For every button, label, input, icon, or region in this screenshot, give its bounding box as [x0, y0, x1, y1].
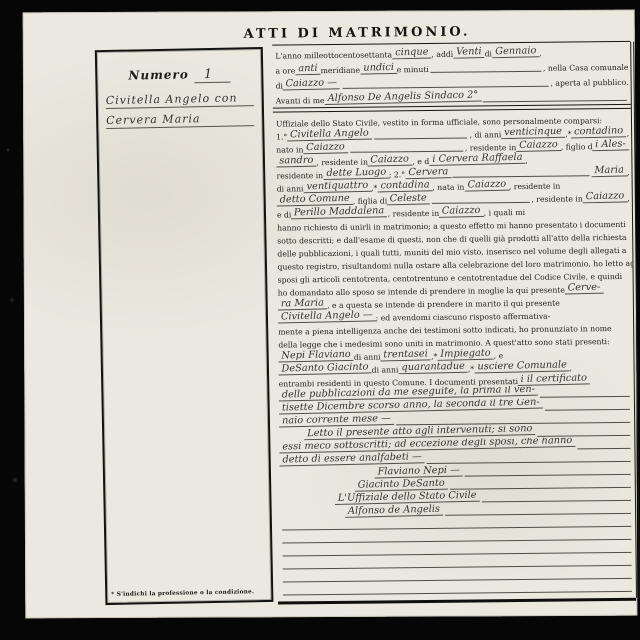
handwritten-entry: Caiazzo [464, 180, 509, 192]
handwritten-entry: Perillo Maddalena [291, 206, 388, 219]
handwritten-entry: Giacinto DeSanto [355, 479, 448, 492]
blank-rule [483, 99, 627, 103]
act-header-block: L'anno milleottocentosettanta cinque, ad… [272, 42, 631, 106]
printed-text: , figlia di [353, 196, 387, 205]
handwritten-entry: cinque [392, 47, 432, 59]
printed-text: L'anno milleottocentosettanta [275, 50, 392, 60]
handwritten-entry: i il certificato [518, 373, 591, 386]
printed-text: , [525, 156, 528, 165]
printed-text: ; ed avendomi ciascuno risposto affermat… [376, 312, 551, 323]
handwritten-entry: Caiazzo [303, 142, 348, 154]
scan-background: ATTI DI MATRIMONIO. Numero 1 Civitella A… [0, 0, 640, 640]
printed-text: , residente in [316, 158, 368, 168]
printed-text: , e [494, 351, 504, 360]
handwritten-entry: quarantadue [398, 362, 468, 375]
printed-text: a ore [275, 66, 295, 75]
blank-rule [283, 590, 632, 596]
act-number-value: 1 [194, 67, 231, 84]
marriage-act-form: ATTI DI MATRIMONIO. Numero 1 Civitella A… [21, 8, 639, 620]
handwritten-entry: ventiquattro [303, 181, 371, 194]
handwritten-entry: contadina [377, 180, 432, 192]
header-separator-rule [273, 104, 631, 113]
handwritten-entry: undici [360, 63, 397, 75]
printed-text: , addì [431, 50, 453, 59]
handwritten-entry: Maria [591, 165, 627, 177]
printed-text: , [627, 194, 630, 203]
handwritten-entry: DeSanto Giacinto [278, 362, 371, 375]
handwritten-entry: dette Luogo [323, 168, 389, 180]
spouses-names-line1: Civitella Angelo con [106, 91, 254, 109]
act-line [278, 580, 636, 597]
handwritten-entry: Caiazzo — [283, 78, 341, 90]
printed-text: , [627, 129, 630, 138]
handwritten-entry: Alfonso de Angelis [345, 505, 443, 518]
handwritten-entry: usciere Comunale [474, 360, 570, 373]
printed-text: , residente in [388, 209, 440, 219]
spouses-names-line2: Cervera Maria [106, 111, 254, 129]
printed-text: , figlio d [561, 142, 593, 151]
handwritten-entry: i Cervera Raffaela [429, 153, 525, 166]
page-title: ATTI DI MATRIMONIO. [81, 23, 633, 44]
handwritten-entry: naio corrente mese — [279, 414, 394, 428]
handwritten-entry: Impiegato [437, 349, 494, 361]
printed-text: 1.° [276, 132, 287, 141]
document-page: ATTI DI MATRIMONIO. Numero 1 Civitella A… [23, 10, 638, 619]
printed-text: , aperta al pubblico. [550, 78, 628, 88]
handwritten-entry: Alfonso De Angelis Sindaco 2° [324, 90, 481, 105]
handwritten-entry: Gennaio [492, 46, 539, 58]
printed-text: di anni [354, 352, 381, 361]
handwritten-entry: Caiazzo [516, 140, 561, 152]
handwritten-entry: Nepi Flaviano [278, 350, 354, 363]
act-number-row: Numero 1 [97, 62, 261, 84]
margin-annotation-box: Numero 1 Civitella Angelo con Cervera Ma… [95, 47, 274, 605]
handwritten-entry: venticinque [501, 127, 565, 139]
handwritten-entry: i Ales- [592, 139, 629, 151]
handwritten-entry: contadino [571, 126, 626, 138]
printed-text: , di anni [470, 130, 502, 139]
printed-text: di anni [372, 365, 399, 374]
handwritten-entry: Cervera [405, 167, 451, 179]
printed-text: e minuti [397, 65, 429, 74]
printed-text: meridiane [321, 66, 361, 75]
handwritten-entry: Caiazzo [439, 206, 484, 218]
printed-text: , residente in [531, 194, 583, 204]
handwritten-entry: ra Maria [278, 298, 327, 310]
handwritten-entry: sandro [276, 156, 316, 168]
printed-text: , i quali mi [484, 208, 525, 217]
printed-text: , e d [412, 157, 429, 166]
handwritten-entry: Cerve- [565, 283, 604, 295]
printed-text: ; 2.° [389, 170, 405, 179]
printed-text: Avanti di me [276, 96, 325, 106]
printed-text: ,* [371, 183, 377, 192]
printed-text: e di [277, 210, 291, 219]
handwritten-entry: Celeste [387, 193, 430, 205]
printed-text: ,* [468, 364, 474, 373]
handwritten-entry: Caiazzo [368, 155, 413, 167]
profession-footnote: * S'indichi la professione o la condizio… [111, 589, 254, 598]
act-line: Avanti di me Alfonso De Angelis Sindaco … [273, 87, 631, 106]
numero-label: Numero [128, 67, 189, 82]
handwritten-entry: Civitella Angelo — [278, 310, 376, 323]
printed-text: nato in [276, 145, 303, 154]
printed-text: , nella Casa comunale [543, 63, 629, 73]
handwritten-entry: Venti [453, 47, 485, 59]
act-body-block: Uffiziale dello Stato Civile, vestito in… [273, 112, 636, 597]
handwritten-entry: Caiazzo [583, 191, 628, 203]
act-text-column: L'anno milleottocentosettanta cinque, ad… [272, 41, 636, 605]
printed-text: , nata in [432, 183, 464, 192]
handwritten-entry: trentasei [380, 349, 431, 361]
printed-text: di [485, 49, 492, 58]
printed-text: residente in [277, 171, 324, 180]
handwritten-entry: anti [295, 64, 320, 76]
printed-text: di anni [277, 184, 304, 193]
handwritten-entry: Civitella Angelo [287, 129, 372, 142]
handwritten-entry: detto Comune [277, 194, 353, 207]
handwritten-entry: Flaviano Nepi — [374, 466, 463, 479]
printed-text: , [627, 168, 630, 177]
printed-text: , residente in [509, 182, 561, 192]
